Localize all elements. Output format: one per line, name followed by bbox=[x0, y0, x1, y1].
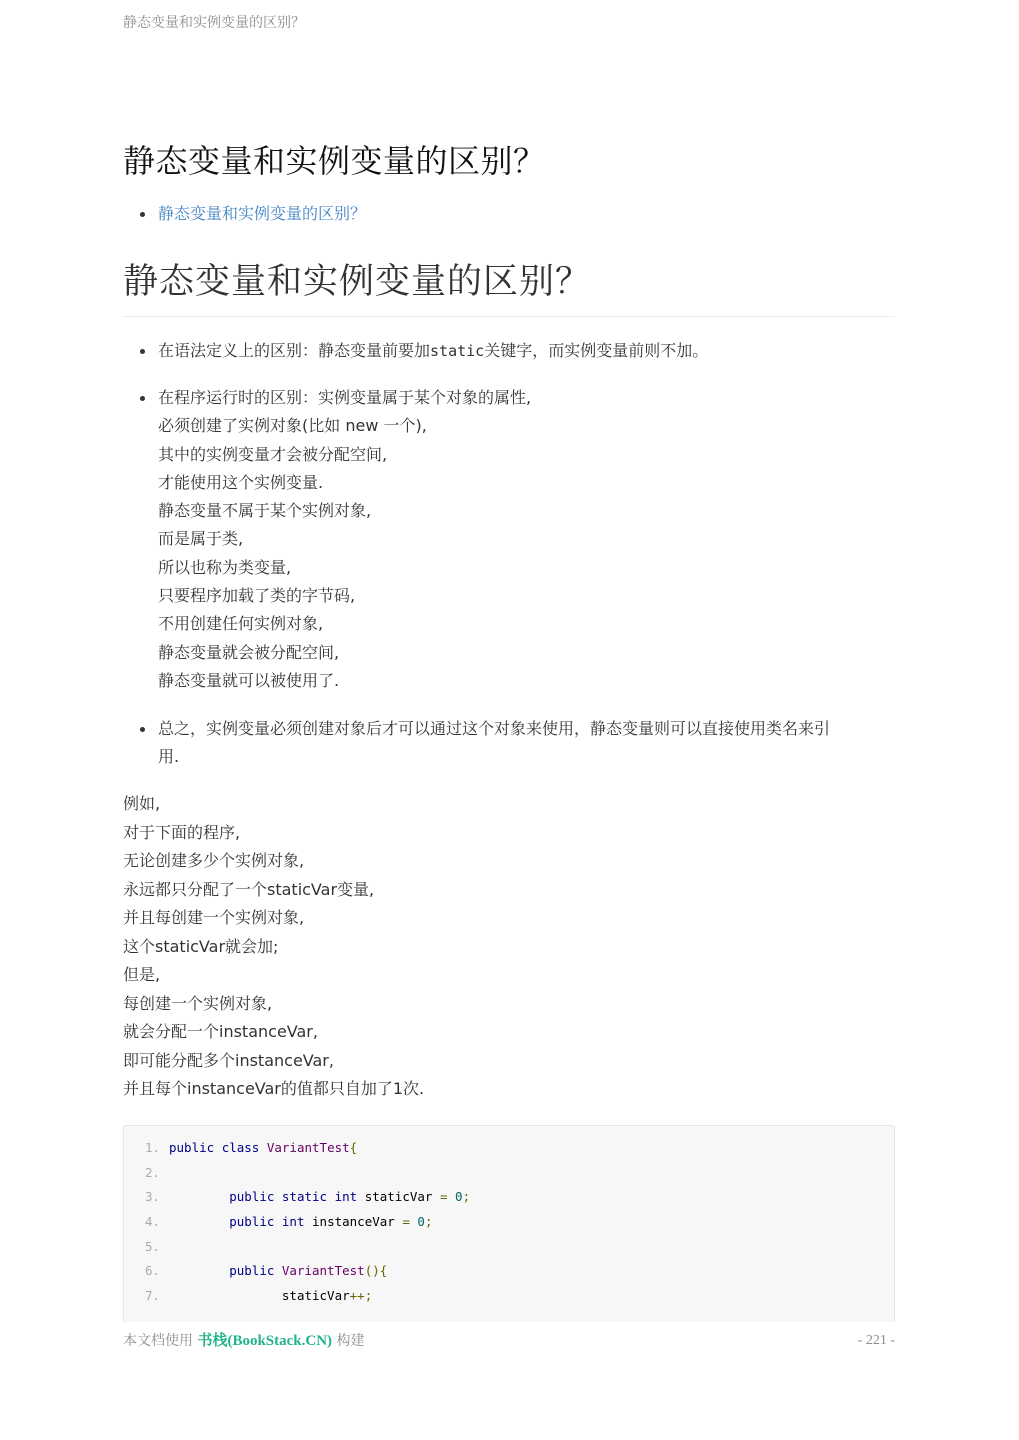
code-lines: 1.public class VariantTest{2.3. public s… bbox=[124, 1136, 470, 1309]
code-token: = bbox=[402, 1214, 410, 1229]
code-token: { bbox=[380, 1263, 388, 1278]
inline-code: static bbox=[430, 342, 484, 360]
paragraph-line: 并且每个instanceVar的值都只自加了1次. bbox=[123, 1075, 424, 1104]
list-line: 用. bbox=[158, 743, 895, 771]
bullet-icon bbox=[140, 349, 145, 354]
paragraph-line: 就会分配一个instanceVar, bbox=[123, 1018, 424, 1047]
code-line: 4. public int instanceVar = 0; bbox=[124, 1210, 470, 1235]
code-line: 7. staticVar++; bbox=[124, 1284, 470, 1309]
code-line: 3. public static int staticVar = 0; bbox=[124, 1185, 470, 1210]
line-number: 6. bbox=[124, 1259, 160, 1284]
paragraph-line: 并且每创建一个实例对象, bbox=[123, 904, 424, 933]
list-line: 在程序运行时的区别：实例变量属于某个对象的属性, bbox=[158, 384, 895, 412]
paragraph-line: 但是, bbox=[123, 961, 424, 990]
code-token: public bbox=[229, 1263, 274, 1278]
line-number: 4. bbox=[124, 1210, 160, 1235]
example-paragraph: 例如, 对于下面的程序, 无论创建多少个实例对象, 永远都只分配了一个stati… bbox=[123, 790, 424, 1104]
code-token: int bbox=[282, 1214, 305, 1229]
code-token: VariantTest bbox=[267, 1140, 350, 1155]
paragraph-line: 永远都只分配了一个staticVar变量, bbox=[123, 876, 424, 905]
table-of-contents: 静态变量和实例变量的区别？ bbox=[123, 202, 366, 226]
footer-credit: 本文档使用 书栈(BookStack.CN) 构建 bbox=[123, 1331, 365, 1351]
code-token: staticVar bbox=[365, 1189, 433, 1204]
list-line: 必须创建了实例对象(比如 new 一个), bbox=[158, 412, 895, 440]
bullet-list-1: 在语法定义上的区别：静态变量前要加static关键字，而实例变量前则不加。 bbox=[123, 337, 895, 365]
code-token: ) bbox=[372, 1263, 380, 1278]
list-line: 静态变量不属于某个实例对象, bbox=[158, 497, 895, 525]
line-number: 5. bbox=[124, 1235, 160, 1260]
bullet-icon bbox=[140, 212, 145, 217]
line-number: 2. bbox=[124, 1161, 160, 1186]
code-token: ; bbox=[365, 1288, 373, 1303]
code-block: 1.public class VariantTest{2.3. public s… bbox=[123, 1125, 895, 1322]
list-item: 总之，实例变量必须创建对象后才可以通过这个对象来使用，静态变量则可以直接使用类名… bbox=[123, 715, 895, 772]
bullet-icon bbox=[140, 727, 145, 732]
footer-prefix: 本文档使用 bbox=[123, 1333, 197, 1349]
line-number: 3. bbox=[124, 1185, 160, 1210]
list-line: 静态变量就可以被使用了. bbox=[158, 667, 895, 695]
list-text: 关键字，而实例变量前则不加。 bbox=[484, 341, 708, 360]
code-line: 6. public VariantTest(){ bbox=[124, 1259, 470, 1284]
code-token: public bbox=[169, 1140, 214, 1155]
code-token: ; bbox=[463, 1189, 471, 1204]
list-item: 在程序运行时的区别：实例变量属于某个对象的属性, 必须创建了实例对象(比如 ne… bbox=[123, 384, 895, 695]
list-line: 只要程序加载了类的字节码, bbox=[158, 582, 895, 610]
page-title: 静态变量和实例变量的区别？ bbox=[123, 141, 546, 181]
code-token: int bbox=[335, 1189, 358, 1204]
section-heading: 静态变量和实例变量的区别？ bbox=[123, 260, 895, 317]
list-line: 才能使用这个实例变量. bbox=[158, 469, 895, 497]
list-line: 其中的实例变量才会被分配空间, bbox=[158, 441, 895, 469]
code-token: class bbox=[222, 1140, 260, 1155]
line-number: 7. bbox=[124, 1284, 160, 1309]
brand-link[interactable]: 书栈(BookStack.CN) bbox=[197, 1333, 332, 1349]
code-token: instanceVar bbox=[312, 1214, 395, 1229]
paragraph-line: 无论创建多少个实例对象, bbox=[123, 847, 424, 876]
list-line: 而是属于类, bbox=[158, 525, 895, 553]
toc-link[interactable]: 静态变量和实例变量的区别？ bbox=[158, 204, 366, 223]
list-text: 在语法定义上的区别：静态变量前要加 bbox=[158, 341, 430, 360]
bullet-icon bbox=[140, 396, 145, 401]
code-token: = bbox=[440, 1189, 448, 1204]
footer-suffix: 构建 bbox=[332, 1333, 364, 1349]
list-line: 总之，实例变量必须创建对象后才可以通过这个对象来使用，静态变量则可以直接使用类名… bbox=[158, 715, 895, 743]
list-line: 所以也称为类变量, bbox=[158, 554, 895, 582]
paragraph-line: 即可能分配多个instanceVar, bbox=[123, 1047, 424, 1076]
list-item: 在语法定义上的区别：静态变量前要加static关键字，而实例变量前则不加。 bbox=[123, 337, 895, 365]
code-line: 1.public class VariantTest{ bbox=[124, 1136, 470, 1161]
code-token: staticVar bbox=[282, 1288, 350, 1303]
code-token: { bbox=[350, 1140, 358, 1155]
list-line: 静态变量就会被分配空间, bbox=[158, 639, 895, 667]
code-token: static bbox=[282, 1189, 327, 1204]
list-line: 不用创建任何实例对象, bbox=[158, 610, 895, 638]
page-number: - 221 - bbox=[858, 1331, 895, 1351]
paragraph-line: 每创建一个实例对象, bbox=[123, 990, 424, 1019]
toc-item: 静态变量和实例变量的区别？ bbox=[123, 202, 366, 226]
code-token: ++ bbox=[350, 1288, 365, 1303]
code-token: 0 bbox=[455, 1189, 463, 1204]
code-token: public bbox=[229, 1189, 274, 1204]
line-number: 1. bbox=[124, 1136, 160, 1161]
code-token: VariantTest bbox=[282, 1263, 365, 1278]
code-line: 5. bbox=[124, 1235, 470, 1260]
bullet-list-2: 在程序运行时的区别：实例变量属于某个对象的属性, 必须创建了实例对象(比如 ne… bbox=[123, 384, 895, 695]
code-token: 0 bbox=[417, 1214, 425, 1229]
paragraph-line: 例如, bbox=[123, 790, 424, 819]
bullet-list-3: 总之，实例变量必须创建对象后才可以通过这个对象来使用，静态变量则可以直接使用类名… bbox=[123, 715, 895, 772]
paragraph-line: 这个staticVar就会加; bbox=[123, 933, 424, 962]
paragraph-line: 对于下面的程序, bbox=[123, 819, 424, 848]
code-token: public bbox=[229, 1214, 274, 1229]
code-token: ; bbox=[425, 1214, 433, 1229]
running-header: 静态变量和实例变量的区别？ bbox=[123, 13, 305, 33]
code-line: 2. bbox=[124, 1161, 470, 1186]
